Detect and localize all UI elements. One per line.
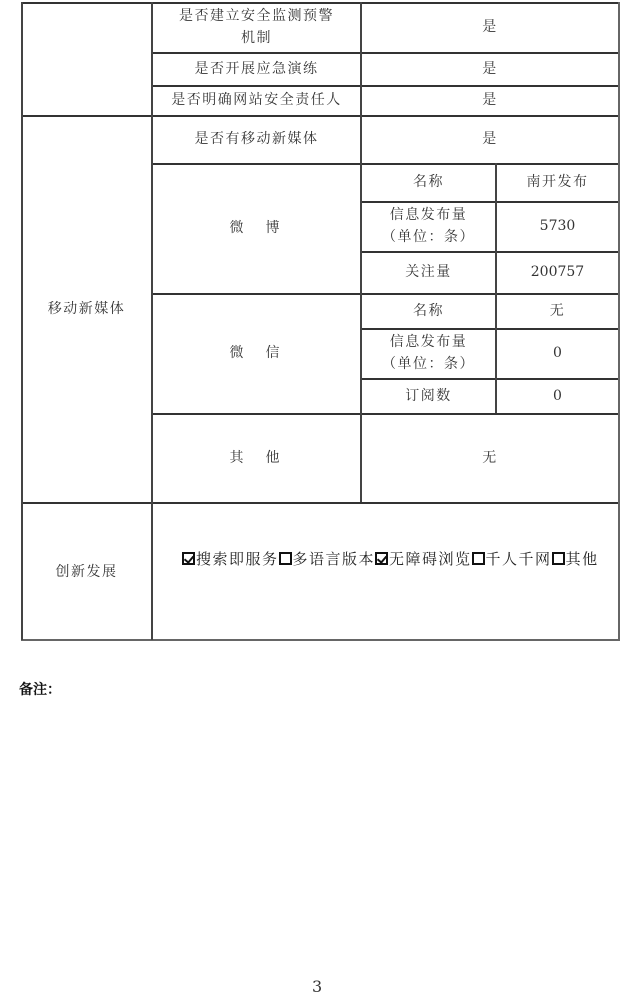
wechat-name-label: 名称 (361, 293, 496, 328)
wechat-label: 微 信 (152, 293, 361, 413)
has-mobile-value: 是 (361, 115, 619, 163)
wechat-subscribers-label: 订阅数 (361, 378, 496, 413)
weibo-label: 微 博 (152, 163, 361, 293)
label-line: 是否建立安全监测预警 (179, 5, 334, 27)
security-label-responsible: 是否明确网站安全责任人 (152, 85, 361, 115)
wechat-name-value: 无 (496, 293, 619, 328)
weibo-posts-label: 信息发布量 （单位：条） (361, 201, 496, 251)
security-value-drill: 是 (361, 52, 619, 85)
option-label: 无障碍浏览 (389, 548, 472, 569)
option-label: 其他 (566, 548, 599, 569)
security-label-monitoring: 是否建立安全监测预警 机制 (152, 2, 361, 52)
label-line: （单位：条） (382, 226, 475, 248)
option-label: 多语言版本 (293, 548, 376, 569)
checkbox-accessibility[interactable] (375, 552, 388, 565)
innovation-options: 搜索即服务 多语言版本 无障碍浏览 千人千网 其他 (182, 548, 599, 569)
label-line: 信息发布量 (390, 331, 468, 353)
checkbox-multilingual[interactable] (279, 552, 292, 565)
page-number: 3 (312, 977, 322, 996)
security-value-monitoring: 是 (361, 2, 619, 52)
weibo-name-value: 南开发布 (496, 163, 619, 201)
wechat-posts-value: 0 (496, 328, 619, 378)
mobile-media-section-label: 移动新媒体 (21, 115, 152, 503)
other-media-label: 其 他 (152, 413, 361, 503)
checkbox-search-service[interactable] (182, 552, 195, 565)
has-mobile-label: 是否有移动新媒体 (152, 115, 361, 163)
checkbox-other[interactable] (552, 552, 565, 565)
innovation-section-label: 创新发展 (21, 503, 152, 640)
note-label: 备注： (19, 679, 61, 699)
label-line: 机制 (241, 27, 272, 49)
weibo-name-label: 名称 (361, 163, 496, 201)
checkbox-personalized[interactable] (472, 552, 485, 565)
option-label: 千人千网 (486, 548, 552, 569)
security-label-drill: 是否开展应急演练 (152, 52, 361, 85)
label-line: 信息发布量 (390, 204, 468, 226)
option-label: 搜索即服务 (196, 548, 279, 569)
wechat-posts-label: 信息发布量 （单位：条） (361, 328, 496, 378)
label-line: （单位：条） (382, 353, 475, 375)
weibo-followers-value: 200757 (496, 251, 619, 293)
weibo-posts-value: 5730 (496, 201, 619, 251)
other-media-value: 无 (361, 413, 619, 503)
wechat-subscribers-value: 0 (496, 378, 619, 413)
weibo-followers-label: 关注量 (361, 251, 496, 293)
security-value-responsible: 是 (361, 85, 619, 115)
